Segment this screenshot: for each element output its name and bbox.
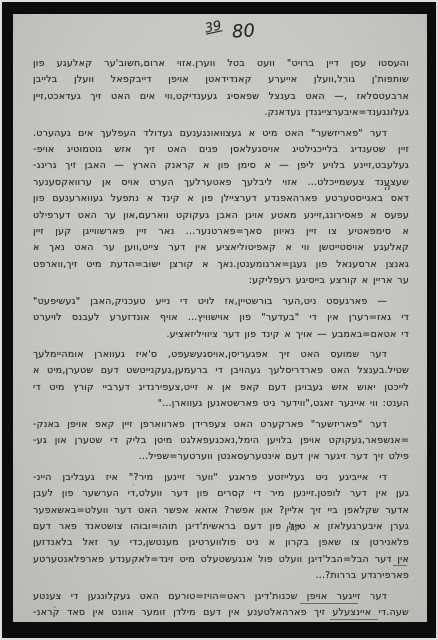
text-line: עפעס א פאסירונג,זיינע מאטע אויגן האבן גע… — [33, 208, 409, 224]
handwritten-underline — [393, 565, 407, 566]
text-line: שעצענד צעשמייכלט... אזוי ליבלעך פאטערלעך… — [33, 175, 409, 191]
text-line: שטיל.בענצל האט פארדריסלעך געהויבן די ברע… — [33, 363, 409, 379]
scanned-page-frame: 39 80 והעסטו עסן דיין ברויט" וועט בטל וו… — [0, 0, 438, 640]
text-line: א סימפאטיע צו זיין נאיוון סאך=פארטנער...… — [33, 224, 409, 240]
text-line: געלונגענד=איבערצייגנדן געדאנק. — [33, 105, 409, 121]
typewritten-text-block: והעסטו עסן דיין ברויט" וועט בטל ווערן.אז… — [33, 14, 409, 621]
text-line: דער "פאריזשער" האט מיט א געצוואונגענעם ג… — [33, 126, 409, 142]
text-line: די גאז=רערן אין די "בעדער" פון אוישוויץ.… — [33, 310, 409, 326]
text-line: גען אין דער לופטן.זיינען מיר די קסרים פו… — [33, 486, 409, 502]
text-line: פילט זיך דער זיגער אין דעם אינטערעסאנטן … — [33, 449, 409, 465]
handwritten-underline — [330, 619, 378, 620]
text-line: דער "פאריזשער" פארקערט האט צעפרידן פארוו… — [33, 417, 409, 433]
text-line: דאס באגייסטערטע פארהאפנדע דערציילן פון א… — [33, 191, 409, 207]
text-line: דער שמועס האט זיך אפגעריסן,אויסגעשעפט, ס… — [33, 347, 409, 363]
text-line: והעסטו עסן דיין ברויט" וועט בטל ווערן.אז… — [33, 56, 409, 72]
text-line: הענט: ווי איינער זאגט,"ווידער ניט פארשטא… — [33, 396, 409, 412]
text-line: גערן איבערגעלאזן א טייל פון דעם בראשית'ד… — [33, 519, 409, 535]
text-line: קאלעגע אויסטייטשן ווי א קאפיטוליאציע אין… — [33, 240, 409, 256]
scan-speck — [53, 606, 56, 608]
scan-speck — [133, 484, 134, 486]
text-line: פארפירנדע בררות?... — [33, 568, 409, 584]
text-line: =אנשפאר,געקוקט אויפן בלויען הימל,נאכגעפא… — [33, 433, 409, 449]
scan-speck — [403, 314, 404, 315]
text-line: ארבעטסלאז ,— האט בענצל שפאסיג געענדיקט,ו… — [33, 89, 409, 105]
scan-speck — [73, 162, 75, 164]
text-line: גאנצן ארסענאל פון געגן=ארגומענטן.נאך א ק… — [33, 257, 409, 273]
handwritten-correction-word: קבין — [286, 523, 301, 533]
handwritten-insertion-letter: ה — [384, 183, 390, 193]
text-line: די אייביגע ניט געלייזטע פראגע "ווער זיינ… — [33, 470, 409, 486]
text-line: — פארגעסט ניט,הער בורשטיין,אז לויט די ני… — [33, 294, 409, 310]
text-line: זיין שטענדיג בלייכגילטיג אויסגעלאסן פנים… — [33, 142, 409, 158]
text-line: די אטאם=באמבע — אויך א קינד פון דער ציוו… — [33, 327, 409, 343]
text-line: שותפות'ן גורל,וועלן אייערע קאנדידאטן אוי… — [33, 72, 409, 88]
text-line: אדער שקלאפן ביי זיך אליין? און אפשר? אזא… — [33, 503, 409, 519]
scan-speck — [343, 82, 345, 83]
text-line: ער אריין א קורצע בייסיגע רעפליקע: — [33, 273, 409, 289]
handwritten-underline — [300, 603, 358, 604]
paper: 39 80 והעסטו עסן דיין ברויט" וועט בטל וו… — [13, 14, 427, 622]
text-line: געלעבט,זיינע בלויע ליפן — א סימן פון א ק… — [33, 158, 409, 174]
text-line: לייכטן יאוש אזש געבויגן דעם קאפ אן א זיי… — [33, 380, 409, 396]
text-line: אין דער הבל=הבל'דיגן וועלט פול אנגעשטעלט… — [33, 552, 409, 568]
text-line: פלאנירטן צו שאפן בקרון א ניט פולווערטיגן… — [33, 535, 409, 551]
